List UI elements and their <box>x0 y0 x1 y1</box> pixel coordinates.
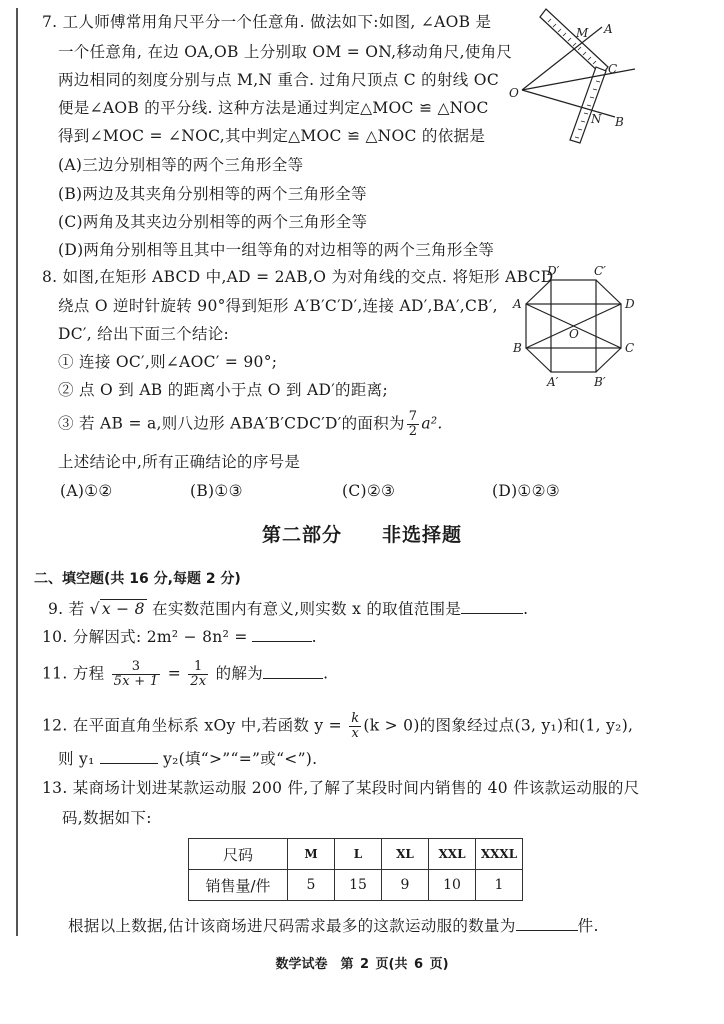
table-cell: XL <box>382 839 429 870</box>
q8-conclusion-2: ② 点 O 到 AB 的距离小于点 O 到 AD′的距离; <box>58 380 388 400</box>
label-c-prime: C′ <box>594 264 606 278</box>
q8-option-a: (A)①② <box>60 481 113 501</box>
sqrt-expression: √x − 8 <box>90 599 147 619</box>
q8-line-1: 8. 如图,在矩形 ABCD 中,AD = 2AB,O 为对角线的交点. 将矩形… <box>42 267 554 287</box>
question-12: 12. 在平面直角坐标系 xOy 中,若函数 y = kx(k > 0)的图象经… <box>42 712 633 741</box>
q8-option-c: (C)②③ <box>342 481 395 501</box>
table-cell: M <box>288 839 335 870</box>
table-cell: XXXL <box>476 839 523 870</box>
label-a: A <box>603 22 613 36</box>
table-row: 销售量/件 5 15 9 10 1 <box>189 870 523 901</box>
table-cell: 9 <box>382 870 429 901</box>
q8-conclusion-1: ① 连接 OC′,则∠AOC′ = 90°; <box>58 352 277 372</box>
q7-option-c: (C)两角及其夹边分别相等的两个三角形全等 <box>58 212 367 232</box>
label-b-prime: B′ <box>593 375 606 389</box>
label-c: C <box>608 62 617 76</box>
table-cell: 15 <box>335 870 382 901</box>
label-d-prime: D′ <box>546 264 560 278</box>
label-c: C <box>625 341 634 355</box>
label-b: B <box>512 341 522 355</box>
table-cell: 1 <box>476 870 523 901</box>
q8-line-2: 绕点 O 逆时针旋转 90°得到矩形 A′B′C′D′,连接 AD′,BA′,C… <box>58 296 498 316</box>
table-cell: XXL <box>429 839 476 870</box>
upper-ruler-icon <box>540 9 608 75</box>
q8-conclusion-3: ③ 若 AB = a,则八边形 ABA′B′CDC′D′的面积为72a². <box>58 410 443 439</box>
fraction-k-over-x: kx <box>349 712 361 741</box>
binding-margin-line <box>16 8 18 936</box>
question-13-line-2: 码,数据如下: <box>62 808 152 828</box>
label-d: D <box>624 297 635 311</box>
q7-line-3: 两边相同的刻度分别与点 M,N 重合. 过角尺顶点 C 的射线 OC <box>58 70 499 90</box>
table-cell: 销售量/件 <box>189 870 288 901</box>
answer-blank-11[interactable] <box>263 664 323 679</box>
fraction-1-over-2x: 12x <box>188 660 208 689</box>
question-9: 9. 若 √x − 8 在实数范围内有意义,则实数 x 的取值范围是. <box>48 599 528 619</box>
q8-question: 上述结论中,所有正确结论的序号是 <box>58 452 300 472</box>
table-cell: L <box>335 839 382 870</box>
q7-line-1: 7. 工人师傅常用角尺平分一个任意角. 做法如下:如图, ∠AOB 是 <box>42 12 491 32</box>
fraction-3-over-5x1: 35x + 1 <box>112 660 161 689</box>
fraction-7-2: 72 <box>407 410 420 439</box>
q7-option-d: (D)两角分别相等且其中一组等角的对边相等的两个三角形全等 <box>58 240 494 260</box>
table-header-row: 尺码 M L XL XXL XXXL <box>189 839 523 870</box>
label-a: A <box>512 297 522 311</box>
q7-option-b: (B)两边及其夹角分别相等的两个三角形全等 <box>58 184 367 204</box>
q8-c3-suffix: a². <box>421 415 442 433</box>
section-heading: 二、填空题(共 16 分,每题 2 分) <box>34 568 241 588</box>
label-b: B <box>614 115 624 129</box>
answer-blank-13[interactable] <box>516 916 578 931</box>
answer-blank-12[interactable] <box>100 749 158 764</box>
size-sales-table: 尺码 M L XL XXL XXXL 销售量/件 5 15 9 10 1 <box>188 838 523 901</box>
table-cell: 尺码 <box>189 839 288 870</box>
question-11: 11. 方程 35x + 1 = 12x 的解为. <box>42 660 328 689</box>
page-footer: 数学试卷 第 2 页(共 6 页) <box>0 953 724 972</box>
octagon-rectangle-figure: D′ C′ A D O B C A′ B′ <box>505 258 650 393</box>
q7-line-2: 一个任意角, 在边 OA,OB 上分别取 OM = ON,移动角尺,使角尺 <box>58 42 512 62</box>
label-n: N <box>590 112 602 126</box>
question-12-line-2: 则 y₁ y₂(填“>”“=”或“<”). <box>58 749 317 769</box>
label-o: O <box>509 86 519 100</box>
q7-line-5: 得到∠MOC = ∠NOC,其中判定△MOC ≌ △NOC 的依据是 <box>58 126 485 146</box>
section-title: 第二部分 非选择题 <box>0 520 724 547</box>
question-13-line-1: 13. 某商场计划进某款运动服 200 件,了解了某段时间内销售的 40 件该款… <box>42 778 640 798</box>
answer-blank-10[interactable] <box>252 627 312 642</box>
q7-option-a: (A)三边分别相等的两个三角形全等 <box>58 155 303 175</box>
question-13-line-3: 根据以上数据,估计该商场进尺码需求最多的这款运动服的数量为件. <box>68 916 599 936</box>
answer-blank-9[interactable] <box>461 599 523 614</box>
q8-line-3: DC′, 给出下面三个结论: <box>58 324 229 344</box>
angle-ruler-figure: M A C O N B <box>490 5 660 145</box>
label-o: O <box>569 327 579 341</box>
q8-c3-prefix: ③ 若 AB = a,则八边形 ABA′B′CDC′D′的面积为 <box>58 415 405 433</box>
label-a-prime: A′ <box>546 375 559 389</box>
q8-option-d: (D)①②③ <box>492 481 560 501</box>
table-cell: 5 <box>288 870 335 901</box>
question-10: 10. 分解因式: 2m² − 8n² =. <box>42 627 317 647</box>
label-m: M <box>575 26 589 40</box>
q8-option-b: (B)①③ <box>190 481 243 501</box>
table-cell: 10 <box>429 870 476 901</box>
q7-line-4: 便是∠AOB 的平分线. 这种方法是通过判定△MOC ≌ △NOC <box>58 98 489 118</box>
